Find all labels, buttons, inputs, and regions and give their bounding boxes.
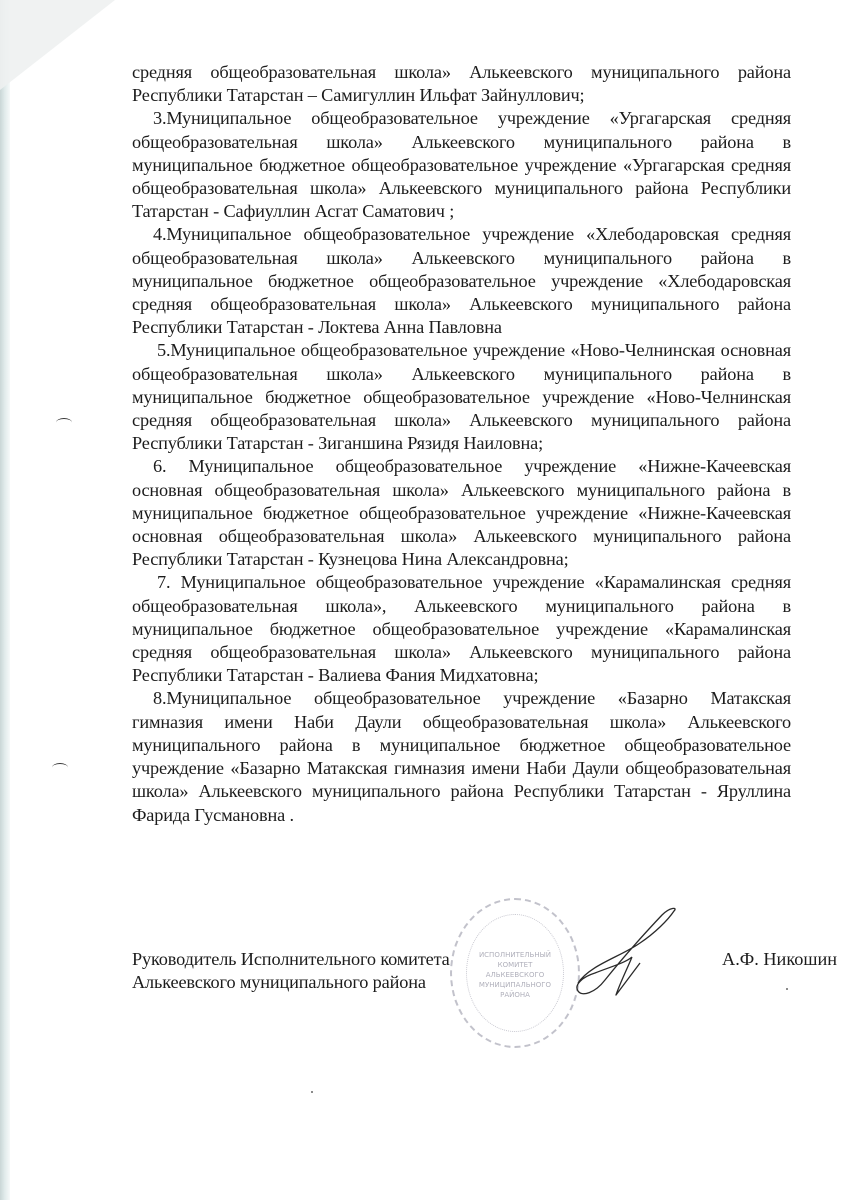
paragraph-item-2-continuation: средняя общеобразовательная школа» Альке…	[132, 61, 791, 107]
paragraph-item-6: 6. Муниципальное общеобразовательное учр…	[132, 455, 791, 571]
folded-corner	[0, 0, 115, 90]
paragraph-item-7: 7. Муниципальное общеобразовательное учр…	[132, 571, 791, 687]
scan-left-edge	[0, 0, 10, 1200]
signer-name: А.Ф. Никошин	[722, 948, 837, 971]
paragraph-item-3: 3.Муниципальное общеобразовательное учре…	[132, 107, 791, 223]
stamp-text: ИСПОЛНИТЕЛЬНЫЙ КОМИТЕТ АЛЬКЕЕВСКОГО МУНИ…	[472, 950, 558, 1000]
paragraph-item-8: 8.Муниципальное общеобразовательное учре…	[132, 687, 791, 826]
official-stamp: ИСПОЛНИТЕЛЬНЫЙ КОМИТЕТ АЛЬКЕЕВСКОГО МУНИ…	[450, 898, 580, 1048]
margin-pencil-mark	[52, 763, 68, 772]
paragraph-item-5: 5.Муниципальное общеобразовательное учре…	[132, 339, 791, 455]
paragraph-item-4: 4.Муниципальное общеобразовательное учре…	[132, 223, 791, 339]
signature-position: Руководитель Исполнительного комитета Ал…	[132, 948, 450, 994]
handwritten-signature	[570, 905, 685, 1010]
document-body: средняя общеобразовательная школа» Альке…	[132, 61, 791, 827]
scan-speck	[311, 1091, 313, 1093]
scan-speck	[786, 988, 788, 990]
margin-pencil-mark	[56, 418, 72, 427]
signer-position-line-1: Руководитель Исполнительного комитета	[132, 948, 450, 971]
signer-position-line-2: Алькеевского муниципального района	[132, 971, 450, 994]
